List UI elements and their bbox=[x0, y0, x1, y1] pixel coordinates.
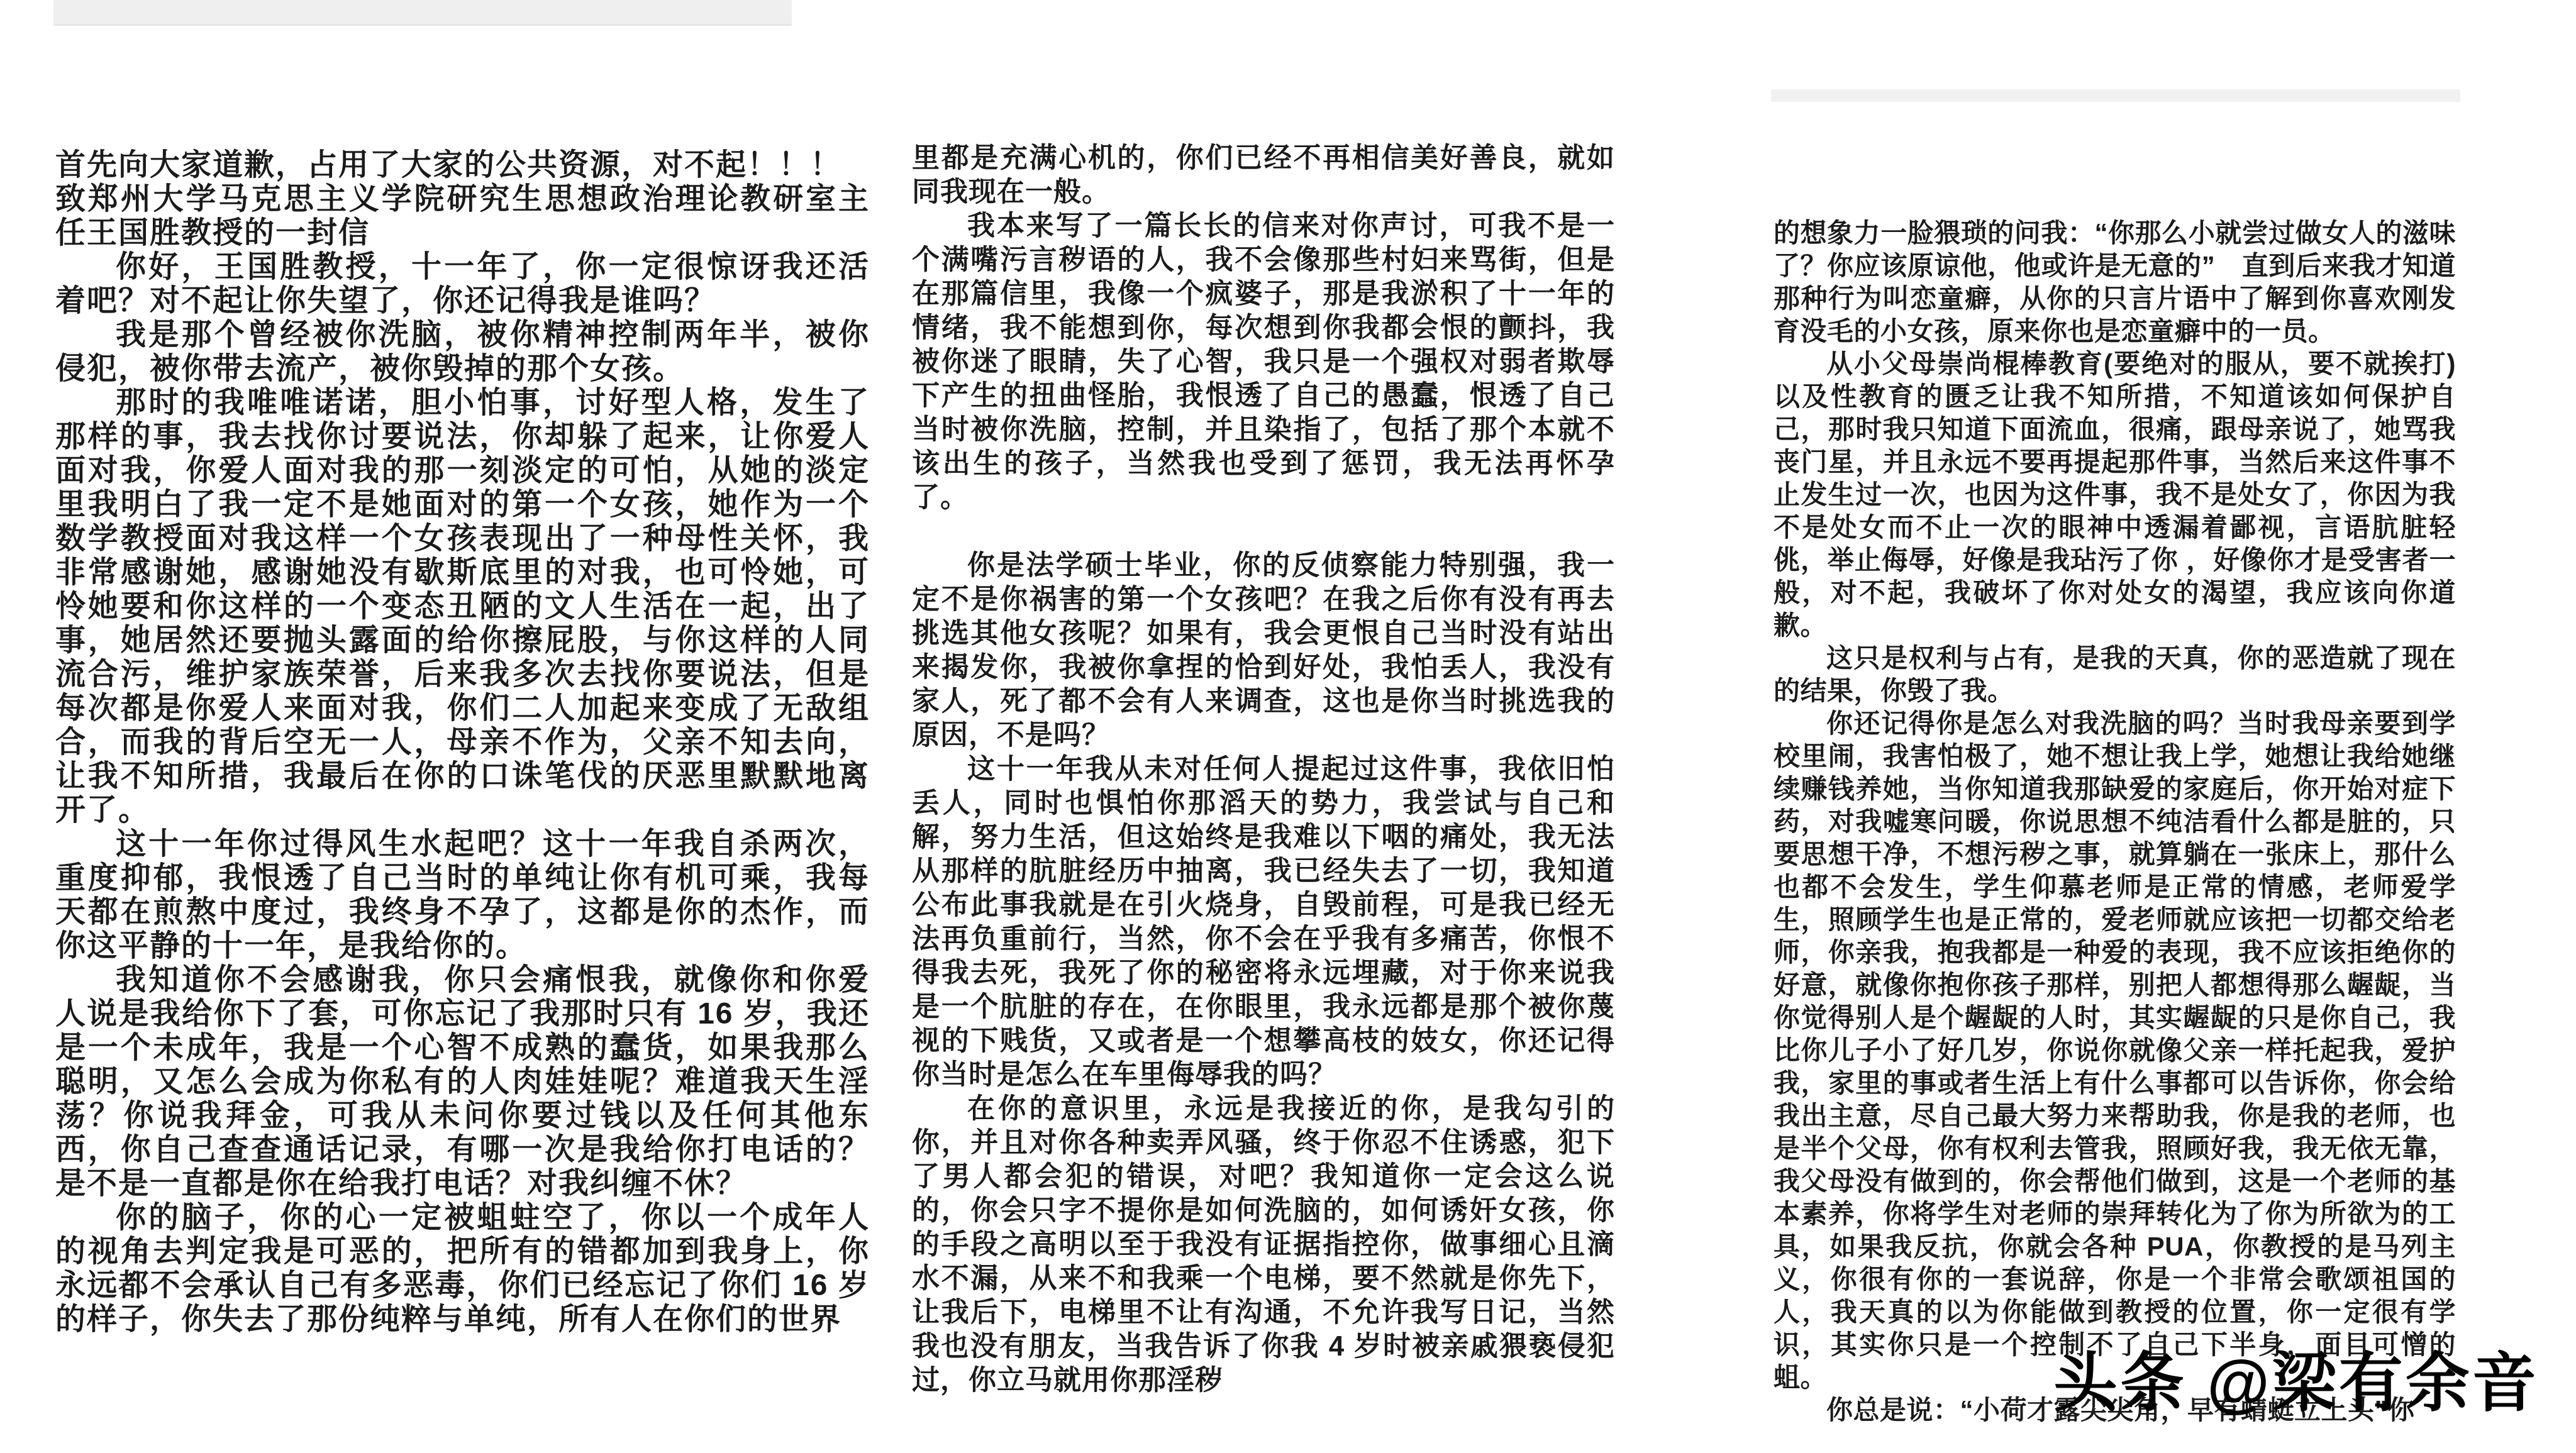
redacted-line-col3 bbox=[1771, 89, 2460, 102]
letter-column-1: 首先向大家道歉，占用了大家的公共资源，对不起！！！致郑州大学马克思主义学院研究生… bbox=[55, 148, 870, 1337]
letter-paragraph: 这十一年我从未对任何人提起过这件事，我依旧怕丢人，同时也惧怕你那滔天的势力，我尝… bbox=[912, 753, 1615, 1092]
letter-page: 首先向大家道歉，占用了大家的公共资源，对不起！！！致郑州大学马克思主义学院研究生… bbox=[0, 0, 2576, 1453]
letter-paragraph: 的想象力一脸猥琐的问我：“你那么小就尝过做女人的滋味了？你应该原谅他，他或许是无… bbox=[1774, 217, 2456, 348]
letter-paragraph: 我本来写了一篇长长的信来对你声讨，可我不是一个满嘴污言秽语的人，我不会像那些村妇… bbox=[912, 209, 1615, 515]
letter-paragraph: 你的脑子，你的心一定被蛆蛀空了，你以一个成年人的视角去判定我是可恶的，把所有的错… bbox=[55, 1201, 870, 1337]
letter-paragraph: 你好，王国胜教授，十一年了，你一定很惊讶我还活着吧？对不起让你失望了，你还记得我… bbox=[55, 250, 870, 318]
redacted-header-bar bbox=[53, 0, 792, 26]
letter-paragraph: 你是法学硕士毕业，你的反侦察能力特别强，我一定不是你祸害的第一个女孩吧？在我之后… bbox=[912, 549, 1615, 753]
letter-paragraph: 致郑州大学马克思主义学院研究生思想政治理论教研室主任王国胜教授的一封信 bbox=[55, 182, 870, 250]
letter-paragraph: 我知道你不会感谢我，你只会痛恨我，就像你和你爱人说是我给你下了套，可你忘记了我那… bbox=[55, 963, 870, 1201]
letter-paragraph: 首先向大家道歉，占用了大家的公共资源，对不起！！！ bbox=[55, 148, 870, 182]
letter-paragraph: 那时的我唯唯诺诺，胆小怕事，讨好型人格，发生了那样的事，我去找你讨要说法，你却躲… bbox=[55, 386, 870, 827]
letter-paragraph: 这只是权利与占有，是我的天真，你的恶造就了现在的结果，你毁了我。 bbox=[1774, 642, 2456, 707]
letter-paragraph: 这十一年你过得风生水起吧？这十一年我自杀两次，重度抑郁，我恨透了自己当时的单纯让… bbox=[55, 827, 870, 963]
letter-column-2: 里都是充满心机的，你们已经不再相信美好善良，就如同我现在一般。我本来写了一篇长长… bbox=[912, 141, 1615, 1398]
letter-paragraph: 在你的意识里，永远是我接近的你，是我勾引的你，并且对你各种卖弄风骚，终于你忍不住… bbox=[912, 1092, 1615, 1398]
letter-paragraph: 我是那个曾经被你洗脑，被你精神控制两年半，被你侵犯，被你带去流产，被你毁掉的那个… bbox=[55, 318, 870, 386]
letter-paragraph: 你还记得你是怎么对我洗脑的吗？当时我母亲要到学校里闹，我害怕极了，她不想让我上学… bbox=[1774, 707, 2456, 1394]
letter-column-3: 的想象力一脸猥琐的问我：“你那么小就尝过做女人的滋味了？你应该原谅他，他或许是无… bbox=[1774, 217, 2456, 1427]
toutiao-watermark: 头条 @梁有余音 bbox=[2053, 1349, 2539, 1418]
letter-paragraph: 从小父母崇尚棍棒教育(要绝对的服从，要不就挨打) 以及性教育的匮乏让我不知所措，… bbox=[1774, 348, 2456, 642]
letter-paragraph: 里都是充满心机的，你们已经不再相信美好善良，就如同我现在一般。 bbox=[912, 141, 1615, 209]
